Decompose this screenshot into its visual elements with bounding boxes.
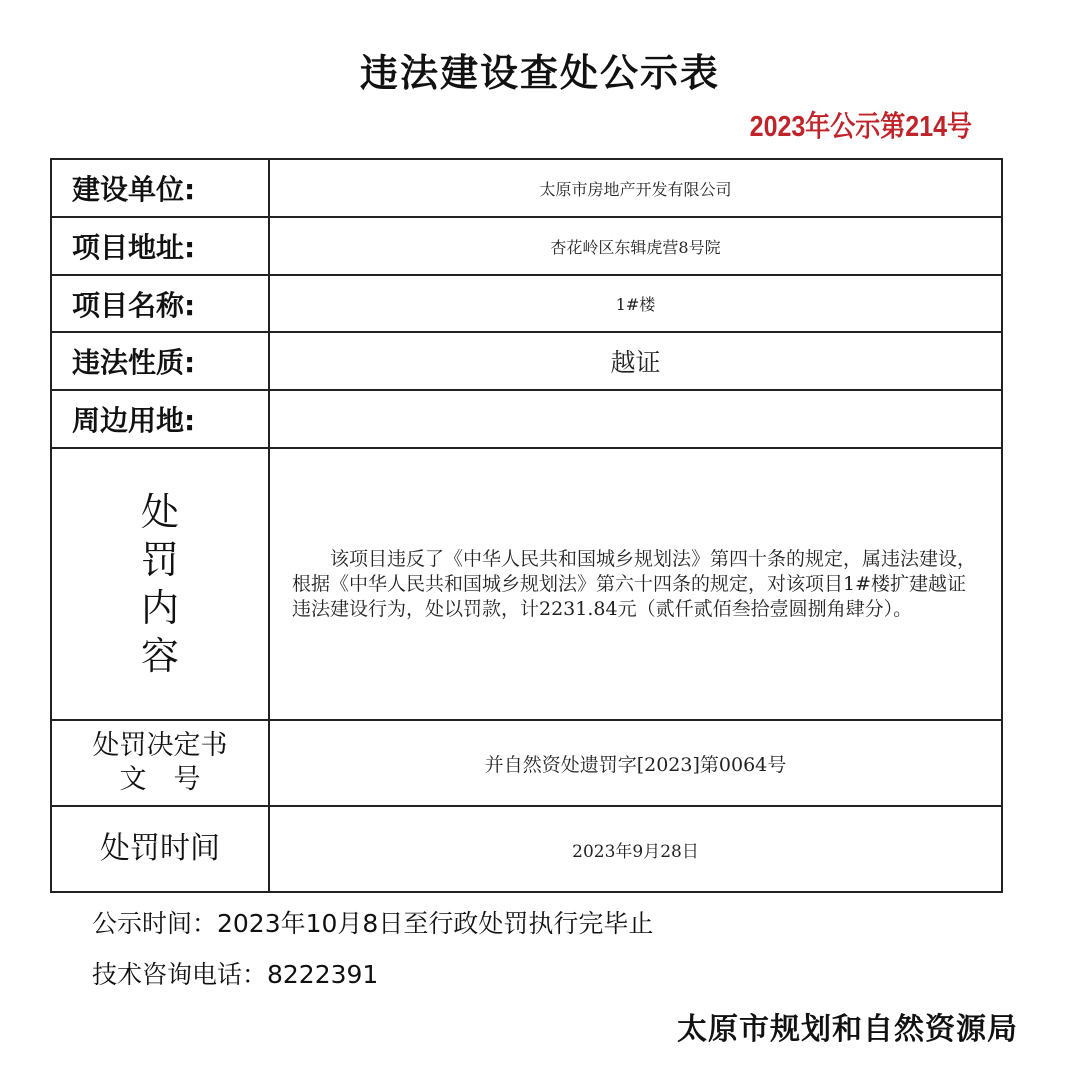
table-row-decision-number: 处罚决定书 文 号 并自然资处遗罚字[2023]第0064号 <box>51 720 1002 806</box>
penalty-notice-table: 建设单位: 太原市房地产开发有限公司 项目地址: 杏花岭区东辑虎营8号院 项目名… <box>50 158 1003 893</box>
row-label: 违法性质: <box>51 332 269 390</box>
table-row-penalty-time: 处罚时间 2023年9月28日 <box>51 806 1002 892</box>
row-label: 建设单位: <box>51 159 269 217</box>
penalty-content-label: 处 罚 内 容 <box>51 448 269 720</box>
surrounding-land-value <box>269 390 1002 448</box>
issuing-authority: 太原市规划和自然资源局 <box>677 1004 1018 1048</box>
label-line: 文 号 <box>52 763 268 797</box>
consult-phone: 技术咨询电话：8222391 <box>92 955 378 991</box>
table-row-project-address: 项目地址: 杏花岭区东辑虎营8号院 <box>51 217 1002 275</box>
decision-number-label: 处罚决定书 文 号 <box>51 720 269 806</box>
project-name-value: 1#楼 <box>269 275 1002 332</box>
page-title: 违法建设查处公示表 <box>0 42 1080 97</box>
table-row-penalty-content: 处 罚 内 容 该项目违反了《中华人民共和国城乡规划法》第四十条的规定，属违法建… <box>51 448 1002 720</box>
penalty-time-value: 2023年9月28日 <box>269 806 1002 892</box>
project-address-value: 杏花岭区东辑虎营8号院 <box>269 217 1002 275</box>
label-line: 处罚决定书 <box>52 729 268 763</box>
label-text: 处罚时间 <box>100 831 220 866</box>
table-row-violation-nature: 违法性质: 越证 <box>51 332 1002 390</box>
penalty-content-text: 该项目违反了《中华人民共和国城乡规划法》第四十条的规定，属违法建设，根据《中华人… <box>270 547 1001 622</box>
decision-number-value: 并自然资处遗罚字[2023]第0064号 <box>269 720 1002 806</box>
row-label: 周边用地: <box>51 390 269 448</box>
publicity-period: 公示时间：2023年10月8日至行政处罚执行完毕止 <box>92 904 653 940</box>
table-row-surrounding-land: 周边用地: <box>51 390 1002 448</box>
notice-number: 2023年公示第214号 <box>750 104 972 145</box>
penalty-content-cell: 该项目违反了《中华人民共和国城乡规划法》第四十条的规定，属违法建设，根据《中华人… <box>269 448 1002 720</box>
table-row-construction-unit: 建设单位: 太原市房地产开发有限公司 <box>51 159 1002 217</box>
row-label: 项目名称: <box>51 275 269 332</box>
violation-nature-value: 越证 <box>269 332 1002 390</box>
construction-unit-value: 太原市房地产开发有限公司 <box>269 159 1002 217</box>
penalty-time-label: 处罚时间 <box>51 806 269 892</box>
table-row-project-name: 项目名称: 1#楼 <box>51 275 1002 332</box>
label-char: 罚 <box>141 536 179 584</box>
label-char: 处 <box>141 488 179 536</box>
row-label: 项目地址: <box>51 217 269 275</box>
label-char: 容 <box>141 632 179 680</box>
label-char: 内 <box>141 584 179 632</box>
